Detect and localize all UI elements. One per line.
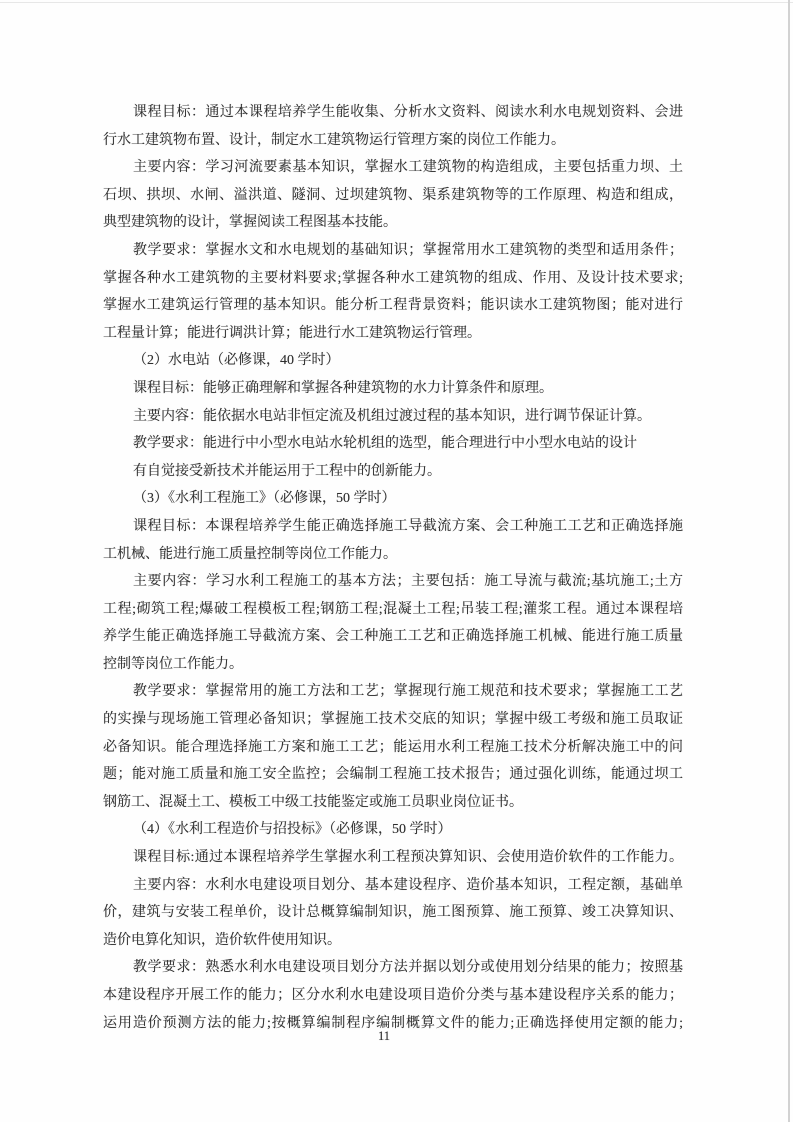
text-line: 工程;砌筑工程;爆破工程模板工程;钢筋工程;混凝土工程;吊装工程;灌浆工程。通过…	[103, 596, 683, 624]
text-line: 主要内容：学习水利工程施工的基本方法；主要包括：施工导流与截流;基坑施工;土方	[103, 568, 683, 596]
text-line: 必备知识。能合理选择施工方案和施工工艺；能运用水利工程施工技术分析解决施工中的问	[103, 734, 683, 762]
text-line: 主要内容：水利水电建设项目划分、基本建设程序、造价基本知识，工程定额，基础单	[103, 872, 683, 900]
text-line: 钢筋工、混凝土工、模板工中级工技能鉴定或施工员职业岗位证书。	[103, 789, 683, 817]
text-line: （2）水电站（必修课，40 学时）	[103, 347, 683, 375]
document-body: 课程目标：通过本课程培养学生能收集、分析水文资料、阅读水利水电规划资料、会进行水…	[103, 99, 683, 1037]
text-line: 主要内容：学习河流要素基本知识，掌握水工建筑物的构造组成，主要包括重力坝、土	[103, 154, 683, 182]
text-line: （4）《水利工程造价与招投标》（必修课，50 学时）	[103, 816, 683, 844]
text-line: 控制等岗位工作能力。	[103, 651, 683, 679]
text-line: 工机械、能进行施工质量控制等岗位工作能力。	[103, 541, 683, 569]
text-line: 课程目标:通过本课程培养学生掌握水利工程预决算知识、会使用造价软件的工作能力。	[103, 844, 683, 872]
scan-artifact-top-border	[0, 2, 793, 3]
text-line: 教学要求：掌握水文和水电规划的基础知识；掌握常用水工建筑物的类型和适用条件；	[103, 237, 683, 265]
text-line: 掌握水工建筑运行管理的基本知识。能分析工程背景资料；能识读水工建筑物图；能对进行	[103, 292, 683, 320]
text-line: 典型建筑物的设计，掌握阅读工程图基本技能。	[103, 209, 683, 237]
text-line: 本建设程序开展工作的能力；区分水利水电建设项目造价分类与基本建设程序关系的能力；	[103, 982, 683, 1010]
text-line: 课程目标：通过本课程培养学生能收集、分析水文资料、阅读水利水电规划资料、会进	[103, 99, 683, 127]
text-line: （3）《水利工程施工》（必修课，50 学时）	[103, 485, 683, 513]
text-line: 养学生能正确选择施工导截流方案、会工种施工工艺和正确选择施工机械、能进行施工质量	[103, 623, 683, 651]
page-number: 11	[103, 1029, 665, 1044]
text-line: 造价电算化知识，造价软件使用知识。	[103, 927, 683, 955]
text-line: 的实操与现场施工管理必备知识；掌握施工技术交底的知识；掌握中级工考级和施工员取证	[103, 706, 683, 734]
document-page: 课程目标：通过本课程培养学生能收集、分析水文资料、阅读水利水电规划资料、会进行水…	[0, 0, 793, 1122]
text-line: 有自觉接受新技术并能运用于工程中的创新能力。	[103, 458, 683, 486]
text-line: 行水工建筑物布置、设计，制定水工建筑物运行管理方案的岗位工作能力。	[103, 127, 683, 155]
text-line: 掌握各种水工建筑物的主要材料要求;掌握各种水工建筑物的组成、作用、及设计技术要求…	[103, 265, 683, 293]
text-line: 工程量计算；能进行调洪计算；能进行水工建筑物运行管理。	[103, 320, 683, 348]
text-line: 课程目标：本课程培养学生能正确选择施工导截流方案、会工种施工工艺和正确选择施	[103, 513, 683, 541]
text-line: 教学要求：掌握常用的施工方法和工艺；掌握现行施工规范和技术要求；掌握施工工艺	[103, 678, 683, 706]
text-line: 教学要求：熟悉水利水电建设项目划分方法并据以划分或使用划分结果的能力；按照基	[103, 954, 683, 982]
text-line: 教学要求：能进行中小型水电站水轮机组的选型，能合理进行中小型水电站的设计	[103, 430, 683, 458]
text-line: 课程目标：能够正确理解和掌握各种建筑物的水力计算条件和原理。	[103, 375, 683, 403]
text-line: 题；能对施工质量和施工安全监控；会编制工程施工技术报告；通过强化训练，能通过坝工	[103, 761, 683, 789]
text-line: 主要内容：能依据水电站非恒定流及机组过渡过程的基本知识，进行调节保证计算。	[103, 403, 683, 431]
scan-artifact-right-border	[788, 0, 790, 1122]
text-line: 价，建筑与安装工程单价，设计总概算编制知识，施工图预算、施工预算、竣工决算知识、	[103, 899, 683, 927]
text-line: 石坝、拱坝、水闸、溢洪道、隧洞、过坝建筑物、渠系建筑物等的工作原理、构造和组成，	[103, 182, 683, 210]
